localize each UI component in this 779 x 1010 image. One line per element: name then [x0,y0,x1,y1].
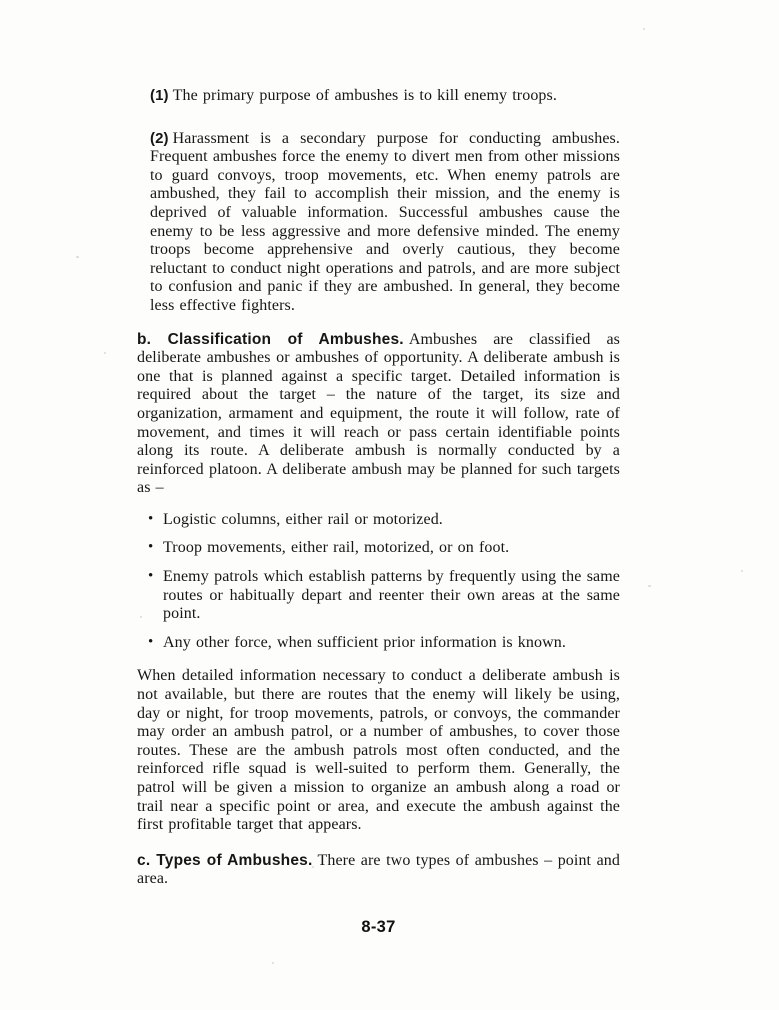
paragraph-text: The primary purpose of ambushes is to ki… [173,87,557,104]
scan-speckle [104,352,106,354]
paragraph-text: Harassment is a secondary purpose for co… [150,130,620,314]
scan-speckle [312,866,314,868]
paragraph-number: (2) [150,130,173,147]
bullet-text: Enemy patrols which establish patterns b… [163,568,620,622]
bullet-list: •Logistic columns, either rail or motori… [137,511,620,653]
paragraph-text: When detailed information necessary to c… [137,667,620,833]
numbered-paragraph-1: (1)The primary purpose of ambushes is to… [150,87,620,106]
scan-speckle [648,585,651,587]
document-page: (1)The primary purpose of ambushes is to… [0,0,779,1010]
scan-speckle [272,962,274,964]
scan-speckle [140,616,142,618]
list-item: •Troop movements, either rail, motorized… [137,539,620,558]
section-b-paragraph: b. Classification of Ambushes.Ambushes a… [137,331,620,498]
scan-speckle [643,28,645,30]
bullet-text: Logistic columns, either rail or motoriz… [163,511,443,528]
section-b-text: Ambushes are classified as deliberate am… [137,331,620,497]
section-b-heading: b. Classification of Ambushes. [137,331,409,348]
bullet-text: Troop movements, either rail, motorized,… [163,539,509,556]
page-content: (1)The primary purpose of ambushes is to… [137,87,620,937]
bullet-icon: • [148,567,153,586]
scan-speckle [76,256,79,258]
page-number: 8-37 [137,918,620,937]
list-item: •Any other force, when sufficient prior … [137,634,620,653]
bullet-text: Any other force, when sufficient prior i… [163,634,566,651]
numbered-paragraph-2: (2)Harassment is a secondary purpose for… [150,130,620,316]
body-paragraph: When detailed information necessary to c… [137,667,620,834]
section-c-paragraph: c. Types of Ambushes.There are two types… [137,852,620,889]
list-item: •Logistic columns, either rail or motori… [137,511,620,530]
paragraph-number: (1) [150,87,173,104]
section-c-heading: c. Types of Ambushes. [137,852,317,869]
bullet-icon: • [148,510,153,529]
bullet-icon: • [148,538,153,557]
bullet-icon: • [148,633,153,652]
scan-speckle [741,570,743,572]
list-item: •Enemy patrols which establish patterns … [137,568,620,624]
